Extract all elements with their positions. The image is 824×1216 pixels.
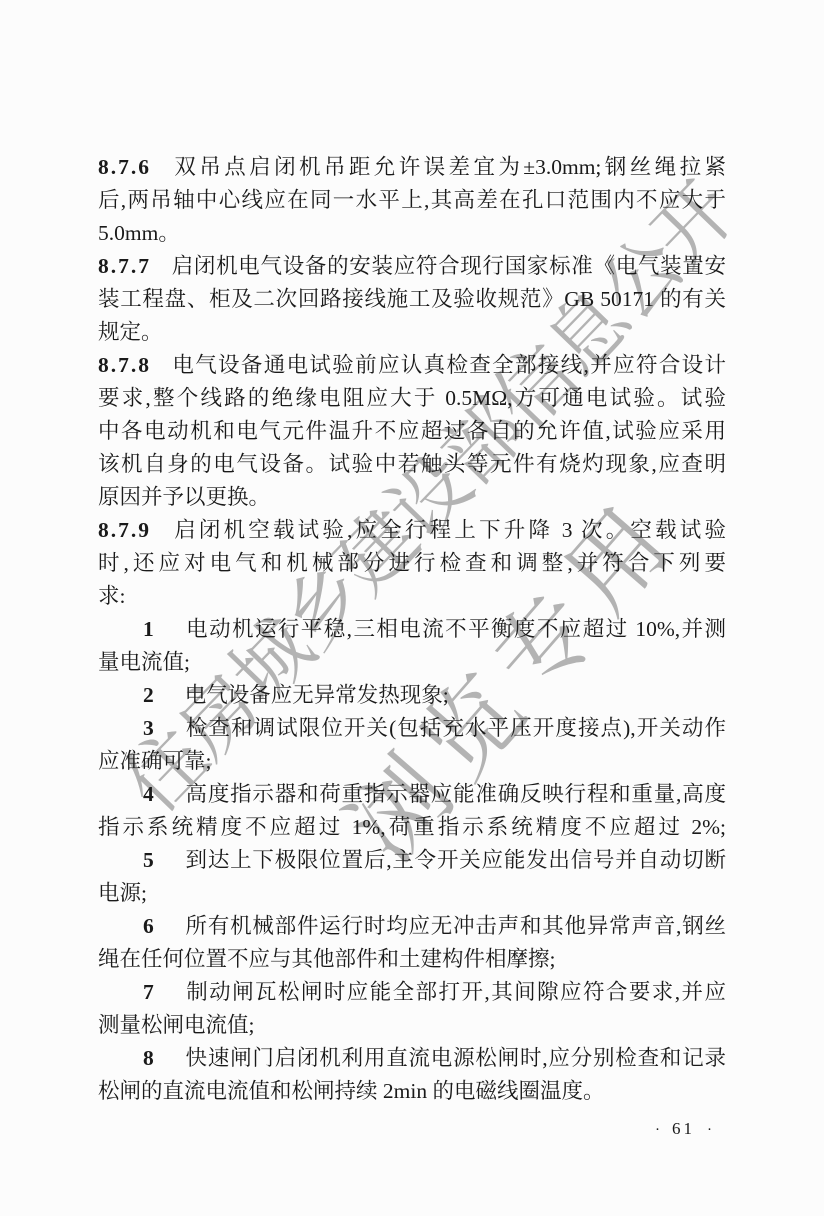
line-text: 双吊点启闭机吊距允许误差宜为±3.0mm;钢丝绳拉紧 xyxy=(171,155,726,179)
text-line: 量电流值; xyxy=(98,646,726,679)
text-line: 规定。 xyxy=(98,316,726,349)
footer-right-dot: · xyxy=(707,1122,712,1138)
document-body: 8.7.6双吊点启闭机吊距允许误差宜为±3.0mm;钢丝绳拉紧后,两吊轴中心线应… xyxy=(98,151,726,1108)
line-number-label: 2 xyxy=(143,683,154,707)
text-line: 7制动闸瓦松闸时应能全部打开,其间隙应符合要求,并应 xyxy=(98,976,726,1009)
line-text: 启闭机空载试验,应全行程上下升降 3 次。空载试验 xyxy=(171,518,726,542)
line-number-label: 7 xyxy=(143,980,154,1004)
line-text: 中各电动机和电气元件温升不应超过各自的允许值,试验应采用 xyxy=(98,419,726,443)
line-number-label: 8.7.7 xyxy=(98,254,151,278)
line-text: 测量松闸电流值; xyxy=(98,1013,254,1037)
line-number-label: 8.7.9 xyxy=(98,518,151,542)
line-number-label: 8.7.8 xyxy=(98,353,151,377)
text-line: 2电气设备应无异常发热现象; xyxy=(98,679,726,712)
text-line: 3检查和调试限位开关(包括充水平压开度接点),开关动作 xyxy=(98,712,726,745)
line-text: 电气设备通电试验前应认真检查全部接线,并应符合设计 xyxy=(171,353,726,377)
line-text: 求: xyxy=(98,584,125,608)
line-text: 电气设备应无异常发热现象; xyxy=(185,683,449,707)
page: 住房城乡建设部信息公开 浏览专用 8.7.6双吊点启闭机吊距允许误差宜为±3.0… xyxy=(0,0,824,1216)
line-text: 量电流值; xyxy=(98,650,190,674)
line-text: 规定。 xyxy=(98,320,163,344)
text-line: 8.7.7启闭机电气设备的安装应符合现行国家标准《电气装置安 xyxy=(98,250,726,283)
line-text: 启闭机电气设备的安装应符合现行国家标准《电气装置安 xyxy=(171,254,726,278)
text-line: 6所有机械部件运行时均应无冲击声和其他异常声音,钢丝 xyxy=(98,910,726,943)
text-line: 测量松闸电流值; xyxy=(98,1009,726,1042)
line-number-label: 8.7.6 xyxy=(98,155,151,179)
text-line: 指示系统精度不应超过 1%,荷重指示系统精度不应超过 2%; xyxy=(98,811,726,844)
text-line: 该机自身的电气设备。试验中若触头等元件有烧灼现象,应查明 xyxy=(98,448,726,481)
page-number: 61 xyxy=(672,1119,695,1138)
line-text: 指示系统精度不应超过 1%,荷重指示系统精度不应超过 2%; xyxy=(98,815,726,839)
line-number-label: 8 xyxy=(143,1046,154,1070)
line-text: 该机自身的电气设备。试验中若触头等元件有烧灼现象,应查明 xyxy=(98,452,726,476)
text-line: 8.7.9启闭机空载试验,应全行程上下升降 3 次。空载试验 xyxy=(98,514,726,547)
line-text: 装工程盘、柜及二次回路接线施工及验收规范》GB 50171 的有关 xyxy=(98,287,726,311)
text-line: 装工程盘、柜及二次回路接线施工及验收规范》GB 50171 的有关 xyxy=(98,283,726,316)
line-text: 时,还应对电气和机械部分进行检查和调整,并符合下列要 xyxy=(98,551,726,575)
line-text: 应准确可靠; xyxy=(98,749,211,773)
text-line: 要求,整个线路的绝缘电阻应大于 0.5MΩ,方可通电试验。试验 xyxy=(98,382,726,415)
text-line: 5.0mm。 xyxy=(98,217,726,250)
text-line: 8快速闸门启闭机利用直流电源松闸时,应分别检查和记录 xyxy=(98,1042,726,1075)
footer-left-dot: · xyxy=(655,1122,660,1138)
line-text: 快速闸门启闭机利用直流电源松闸时,应分别检查和记录 xyxy=(185,1046,726,1070)
text-line: 1电动机运行平稳,三相电流不平衡度不应超过 10%,并测 xyxy=(98,613,726,646)
line-text: 所有机械部件运行时均应无冲击声和其他异常声音,钢丝 xyxy=(185,914,726,938)
text-line: 8.7.6双吊点启闭机吊距允许误差宜为±3.0mm;钢丝绳拉紧 xyxy=(98,151,726,184)
line-text: 电源; xyxy=(98,881,147,905)
text-line: 绳在任何位置不应与其他部件和土建构件相摩擦; xyxy=(98,943,726,976)
text-line: 后,两吊轴中心线应在同一水平上,其高差在孔口范围内不应大于 xyxy=(98,184,726,217)
text-line: 松闸的直流电流值和松闸持续 2min 的电磁线圈温度。 xyxy=(98,1075,726,1108)
line-number-label: 3 xyxy=(143,716,154,740)
line-text: 到达上下极限位置后,主令开关应能发出信号并自动切断 xyxy=(185,848,726,872)
text-line: 求: xyxy=(98,580,726,613)
text-line: 4高度指示器和荷重指示器应能准确反映行程和重量,高度 xyxy=(98,778,726,811)
line-text: 松闸的直流电流值和松闸持续 2min 的电磁线圈温度。 xyxy=(98,1079,604,1103)
line-text: 要求,整个线路的绝缘电阻应大于 0.5MΩ,方可通电试验。试验 xyxy=(98,386,726,410)
line-text: 制动闸瓦松闸时应能全部打开,其间隙应符合要求,并应 xyxy=(185,980,726,1004)
line-number-label: 4 xyxy=(143,782,154,806)
line-text: 后,两吊轴中心线应在同一水平上,其高差在孔口范围内不应大于 xyxy=(98,188,726,212)
line-number-label: 5 xyxy=(143,848,154,872)
text-line: 应准确可靠; xyxy=(98,745,726,778)
line-text: 绳在任何位置不应与其他部件和土建构件相摩擦; xyxy=(98,947,555,971)
line-text: 检查和调试限位开关(包括充水平压开度接点),开关动作 xyxy=(185,716,726,740)
text-line: 8.7.8电气设备通电试验前应认真检查全部接线,并应符合设计 xyxy=(98,349,726,382)
line-text: 原因并予以更换。 xyxy=(98,485,270,509)
line-text: 5.0mm。 xyxy=(98,221,180,245)
text-line: 时,还应对电气和机械部分进行检查和调整,并符合下列要 xyxy=(98,547,726,580)
text-line: 电源; xyxy=(98,877,726,910)
line-text: 电动机运行平稳,三相电流不平衡度不应超过 10%,并测 xyxy=(185,617,726,641)
page-footer: ·61· xyxy=(0,1119,712,1139)
text-line: 原因并予以更换。 xyxy=(98,481,726,514)
text-line: 中各电动机和电气元件温升不应超过各自的允许值,试验应采用 xyxy=(98,415,726,448)
line-number-label: 6 xyxy=(143,914,154,938)
line-number-label: 1 xyxy=(143,617,154,641)
text-line: 5到达上下极限位置后,主令开关应能发出信号并自动切断 xyxy=(98,844,726,877)
line-text: 高度指示器和荷重指示器应能准确反映行程和重量,高度 xyxy=(185,782,726,806)
